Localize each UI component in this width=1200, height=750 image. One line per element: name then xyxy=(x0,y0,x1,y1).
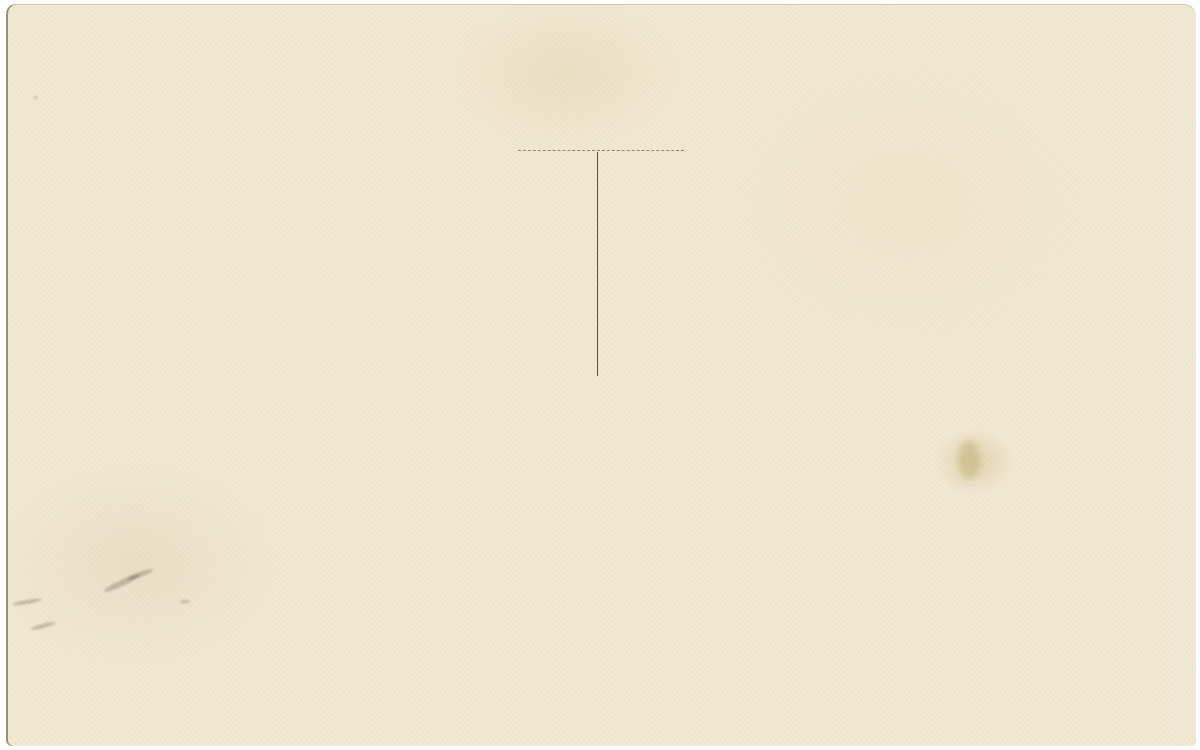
pencil-smudge xyxy=(12,597,42,606)
age-stain xyxy=(958,440,980,480)
divider-vertical-line xyxy=(597,152,598,376)
postcard-back xyxy=(6,4,1196,746)
divider-horizontal-line xyxy=(518,150,684,151)
pencil-smudge xyxy=(30,621,56,632)
pencil-smudge xyxy=(126,567,154,581)
dust-speck xyxy=(34,96,37,99)
pencil-smudge xyxy=(180,600,190,603)
